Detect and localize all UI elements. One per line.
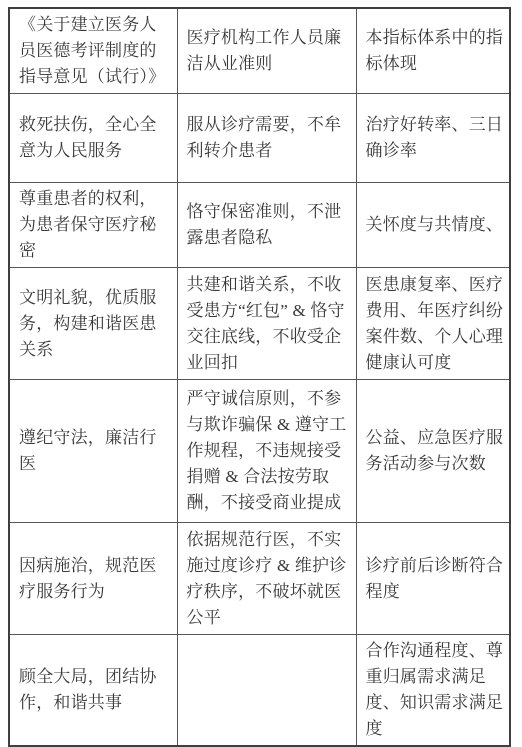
table-row: 因病施治，规范医疗服务行为 依据规范行医，不实施过度诊疗 & 维护诊疗秩序，不破… [9,523,510,635]
header-cell-guideline-title: 《关于建立医务人员医德考评制度的指导意见（试行）》 [9,8,177,94]
header-cell-indicator-title: 本指标体系中的指标体现 [356,8,510,94]
table-row: 救死扶伤，全心全意为人民服务 服从诊疗需要，不牟利转介患者 治疗好转率、三日确诊… [9,94,510,183]
cell-r3-c3: 关怀度与共情度、 [356,183,510,268]
cell-r3-c1: 尊重患者的权利，为患者保守医疗秘密 [9,183,177,268]
cell-r3-c2: 恪守保密准则，不泄露患者隐私 [177,183,356,268]
header-cell-integrity-code-title: 医疗机构工作人员廉洁从业准则 [177,8,356,94]
ethics-indicator-table: 《关于建立医务人员医德考评制度的指导意见（试行）》 医疗机构工作人员廉洁从业准则… [8,7,511,747]
table-row: 尊重患者的权利，为患者保守医疗秘密 恪守保密准则，不泄露患者隐私 关怀度与共情度… [9,183,510,268]
cell-r7-c3: 合作沟通程度、尊重归属需求满足度、知识需求满足度 [356,635,510,747]
table-row: 顾全大局，团结协作，和谐共事 合作沟通程度、尊重归属需求满足度、知识需求满足度 [9,635,510,747]
cell-r4-c3: 医患康复率、医疗费用、年医疗纠纷案件数、个人心理健康认可度 [356,268,510,380]
cell-r6-c1: 因病施治，规范医疗服务行为 [9,523,177,635]
cell-r7-c2-empty [177,635,356,747]
cell-r6-c2: 依据规范行医，不实施过度诊疗 & 维护诊疗秩序，不破坏就医公平 [177,523,356,635]
cell-r6-c3: 诊疗前后诊断符合程度 [356,523,510,635]
cell-r5-c3: 公益、应急医疗服务活动参与次数 [356,380,510,523]
table-header-row: 《关于建立医务人员医德考评制度的指导意见（试行）》 医疗机构工作人员廉洁从业准则… [9,8,510,94]
cell-r7-c1: 顾全大局，团结协作，和谐共事 [9,635,177,747]
table-row: 遵纪守法，廉洁行医 严守诚信原则，不参与欺诈骗保 & 遵守工作规程，不违规接受捐… [9,380,510,523]
cell-r2-c3: 治疗好转率、三日确诊率 [356,94,510,183]
cell-r5-c1: 遵纪守法，廉洁行医 [9,380,177,523]
cell-r5-c2: 严守诚信原则，不参与欺诈骗保 & 遵守工作规程，不违规接受捐赠 & 合法按劳取酬… [177,380,356,523]
ethics-indicator-table-wrapper: 《关于建立医务人员医德考评制度的指导意见（试行）》 医疗机构工作人员廉洁从业准则… [8,7,509,708]
cell-r2-c2: 服从诊疗需要，不牟利转介患者 [177,94,356,183]
cell-r2-c1: 救死扶伤，全心全意为人民服务 [9,94,177,183]
cell-r4-c1: 文明礼貌，优质服务，构建和谐医患关系 [9,268,177,380]
cell-r4-c2: 共建和谐关系，不收受患方“红包” & 恪守交往底线，不收受企业回扣 [177,268,356,380]
table-row: 文明礼貌，优质服务，构建和谐医患关系 共建和谐关系，不收受患方“红包” & 恪守… [9,268,510,380]
